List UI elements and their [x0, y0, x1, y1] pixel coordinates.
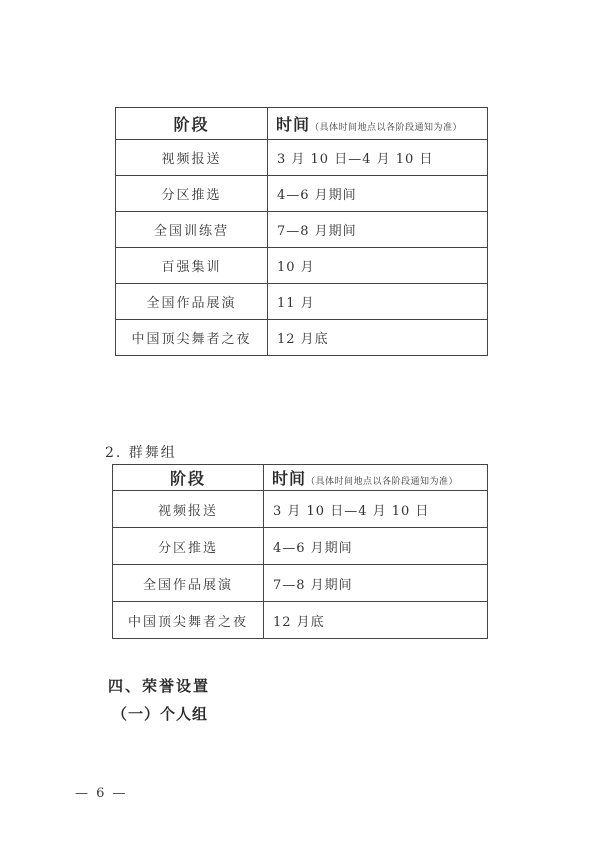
table-row: 分区推选 4—6 月期间: [113, 528, 488, 565]
table-row: 全国训练营 7—8 月期间: [116, 212, 488, 248]
stage-cell: 分区推选: [113, 528, 264, 565]
schedule-table-individual: 阶段 时间（具体时间地点以各阶段通知为准） 视频报送 3 月 10 日—4 月 …: [115, 107, 488, 356]
time-header-note: （具体时间地点以各阶段通知为准）: [310, 123, 462, 133]
document-page: 阶段 时间（具体时间地点以各阶段通知为准） 视频报送 3 月 10 日—4 月 …: [0, 0, 600, 848]
table-row: 全国作品展演 7—8 月期间: [113, 565, 488, 602]
table-header-row: 阶段 时间（具体时间地点以各阶段通知为准）: [113, 465, 488, 491]
stage-cell: 视频报送: [116, 140, 268, 176]
table-row: 分区推选 4—6 月期间: [116, 176, 488, 212]
stage-cell: 分区推选: [116, 176, 268, 212]
table-row: 中国顶尖舞者之夜 12 月底: [113, 602, 488, 639]
page-number: — 6 —: [75, 786, 128, 801]
table-row: 全国作品展演 11 月: [116, 284, 488, 320]
stage-column-header: 阶段: [113, 465, 264, 491]
stage-cell: 全国作品展演: [113, 565, 264, 602]
stage-cell: 百强集训: [116, 248, 268, 284]
time-cell: 3 月 10 日—4 月 10 日: [264, 491, 488, 528]
time-cell: 12 月底: [264, 602, 488, 639]
stage-cell: 视频报送: [113, 491, 264, 528]
time-header-label: 时间: [272, 471, 306, 488]
table-header-row: 阶段 时间（具体时间地点以各阶段通知为准）: [116, 108, 488, 140]
schedule-table-group: 阶段 时间（具体时间地点以各阶段通知为准） 视频报送 3 月 10 日—4 月 …: [112, 464, 488, 639]
time-column-header: 时间（具体时间地点以各阶段通知为准）: [268, 108, 488, 140]
time-cell: 4—6 月期间: [268, 176, 488, 212]
honor-section-heading: 四、荣誉设置: [108, 675, 210, 696]
table-row: 视频报送 3 月 10 日—4 月 10 日: [113, 491, 488, 528]
table-row: 百强集训 10 月: [116, 248, 488, 284]
time-cell: 10 月: [268, 248, 488, 284]
stage-column-header: 阶段: [116, 108, 268, 140]
time-cell: 7—8 月期间: [264, 565, 488, 602]
table-row: 视频报送 3 月 10 日—4 月 10 日: [116, 140, 488, 176]
personal-group-subheading: （一）个人组: [112, 703, 208, 724]
group-dance-heading: 2. 群舞组: [105, 442, 177, 462]
table-row: 中国顶尖舞者之夜 12 月底: [116, 320, 488, 356]
stage-cell: 中国顶尖舞者之夜: [113, 602, 264, 639]
stage-cell: 全国作品展演: [116, 284, 268, 320]
time-cell: 12 月底: [268, 320, 488, 356]
time-header-label: 时间: [276, 117, 310, 134]
stage-cell: 中国顶尖舞者之夜: [116, 320, 268, 356]
time-header-note: （具体时间地点以各阶段通知为准）: [306, 477, 458, 487]
time-cell: 11 月: [268, 284, 488, 320]
time-column-header: 时间（具体时间地点以各阶段通知为准）: [264, 465, 488, 491]
time-cell: 4—6 月期间: [264, 528, 488, 565]
stage-cell: 全国训练营: [116, 212, 268, 248]
time-cell: 3 月 10 日—4 月 10 日: [268, 140, 488, 176]
time-cell: 7—8 月期间: [268, 212, 488, 248]
